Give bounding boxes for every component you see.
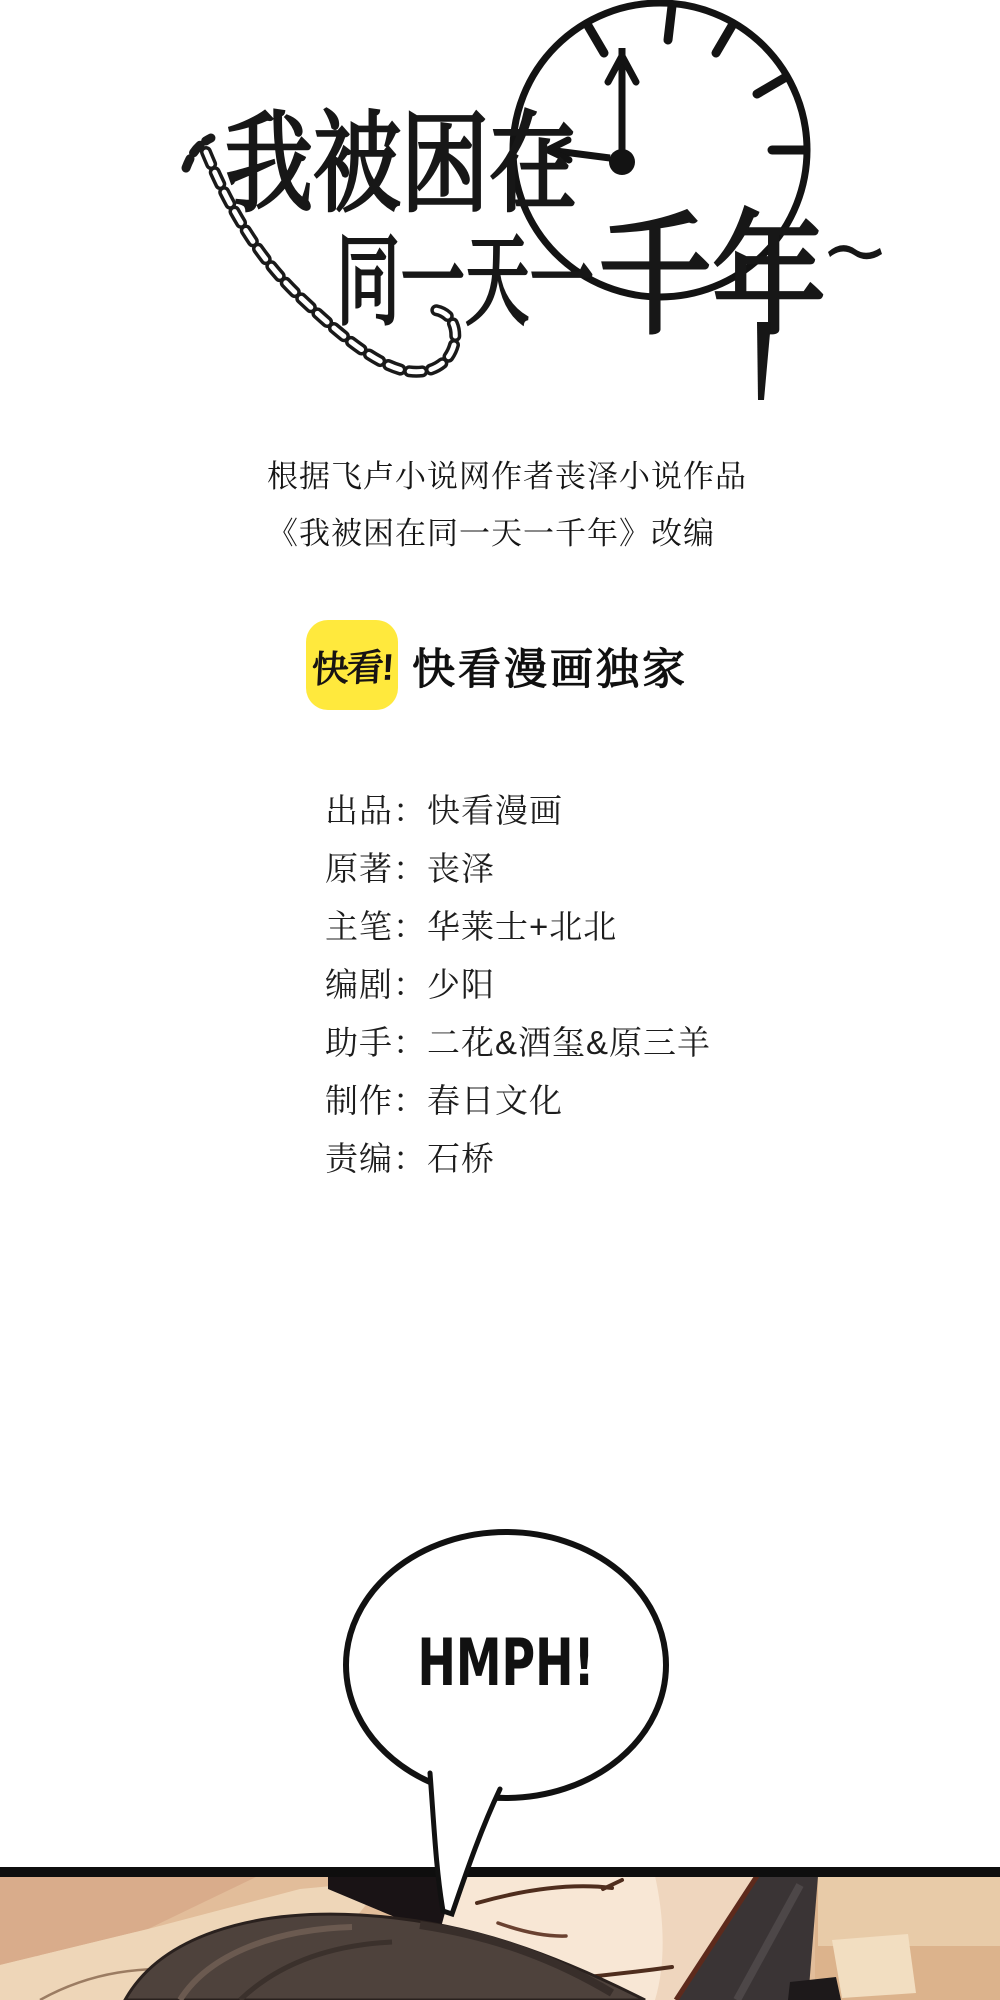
series-title-logo: 我被困在 同一天一 千年: [0, 0, 1000, 430]
comic-page: 我被困在 同一天一 千年 根据飞卢小说网作者丧泽小说作品 《我被困在同一天一千年…: [0, 0, 1000, 2000]
credit-label: 编剧：: [325, 966, 427, 1003]
credit-value: 华莱士+北北: [427, 908, 617, 945]
speech-bubble-tail: [430, 1773, 500, 1914]
adaptation-note: 根据飞卢小说网作者丧泽小说作品 《我被困在同一天一千年》改编: [267, 448, 827, 562]
credit-row: 助手：二花&酒玺&原三羊: [325, 1014, 711, 1072]
speech-bubble: HMPH!: [330, 1515, 690, 1935]
credit-value: 春日文化: [427, 1082, 563, 1119]
credit-value: 快看漫画: [427, 792, 563, 829]
adaptation-note-line1: 根据飞卢小说网作者丧泽小说作品: [267, 448, 827, 505]
credit-label: 出品：: [325, 792, 427, 829]
speech-bubble-text: HMPH!: [417, 1626, 594, 1701]
credits-list: 出品：快看漫画 原著：丧泽 主笔：华莱士+北北 编剧：少阳 助手：二花&酒玺&原…: [325, 782, 711, 1188]
credit-label: 助手：: [325, 1024, 427, 1061]
credit-row: 责编：石桥: [325, 1130, 711, 1188]
credit-label: 责编：: [325, 1140, 427, 1177]
title-row1: 我被困在: [225, 104, 577, 226]
title-row2-part2: 千年: [598, 203, 826, 351]
credit-label: 主笔：: [325, 908, 427, 945]
credit-value: 石桥: [427, 1140, 495, 1177]
kuaikan-logo-icon: 快看!: [306, 620, 398, 710]
title-row2-part1: 同一天一: [336, 227, 594, 338]
credit-value: 丧泽: [427, 850, 495, 887]
credit-value: 二花&酒玺&原三羊: [427, 1024, 711, 1061]
credit-row: 出品：快看漫画: [325, 782, 711, 840]
adaptation-note-line2: 《我被困在同一天一千年》改编: [267, 505, 827, 562]
brand-exclusive-label: 快看漫画独家: [412, 620, 688, 712]
credit-row: 原著：丧泽: [325, 840, 711, 898]
credit-label: 原著：: [325, 850, 427, 887]
credit-row: 制作：春日文化: [325, 1072, 711, 1130]
kuaikan-logo-text: 快看!: [310, 637, 393, 694]
credit-row: 编剧：少阳: [325, 956, 711, 1014]
credit-row: 主笔：华莱士+北北: [325, 898, 711, 956]
credit-label: 制作：: [325, 1082, 427, 1119]
credit-value: 少阳: [427, 966, 495, 1003]
brand-row: 快看! 快看漫画独家: [306, 620, 786, 712]
